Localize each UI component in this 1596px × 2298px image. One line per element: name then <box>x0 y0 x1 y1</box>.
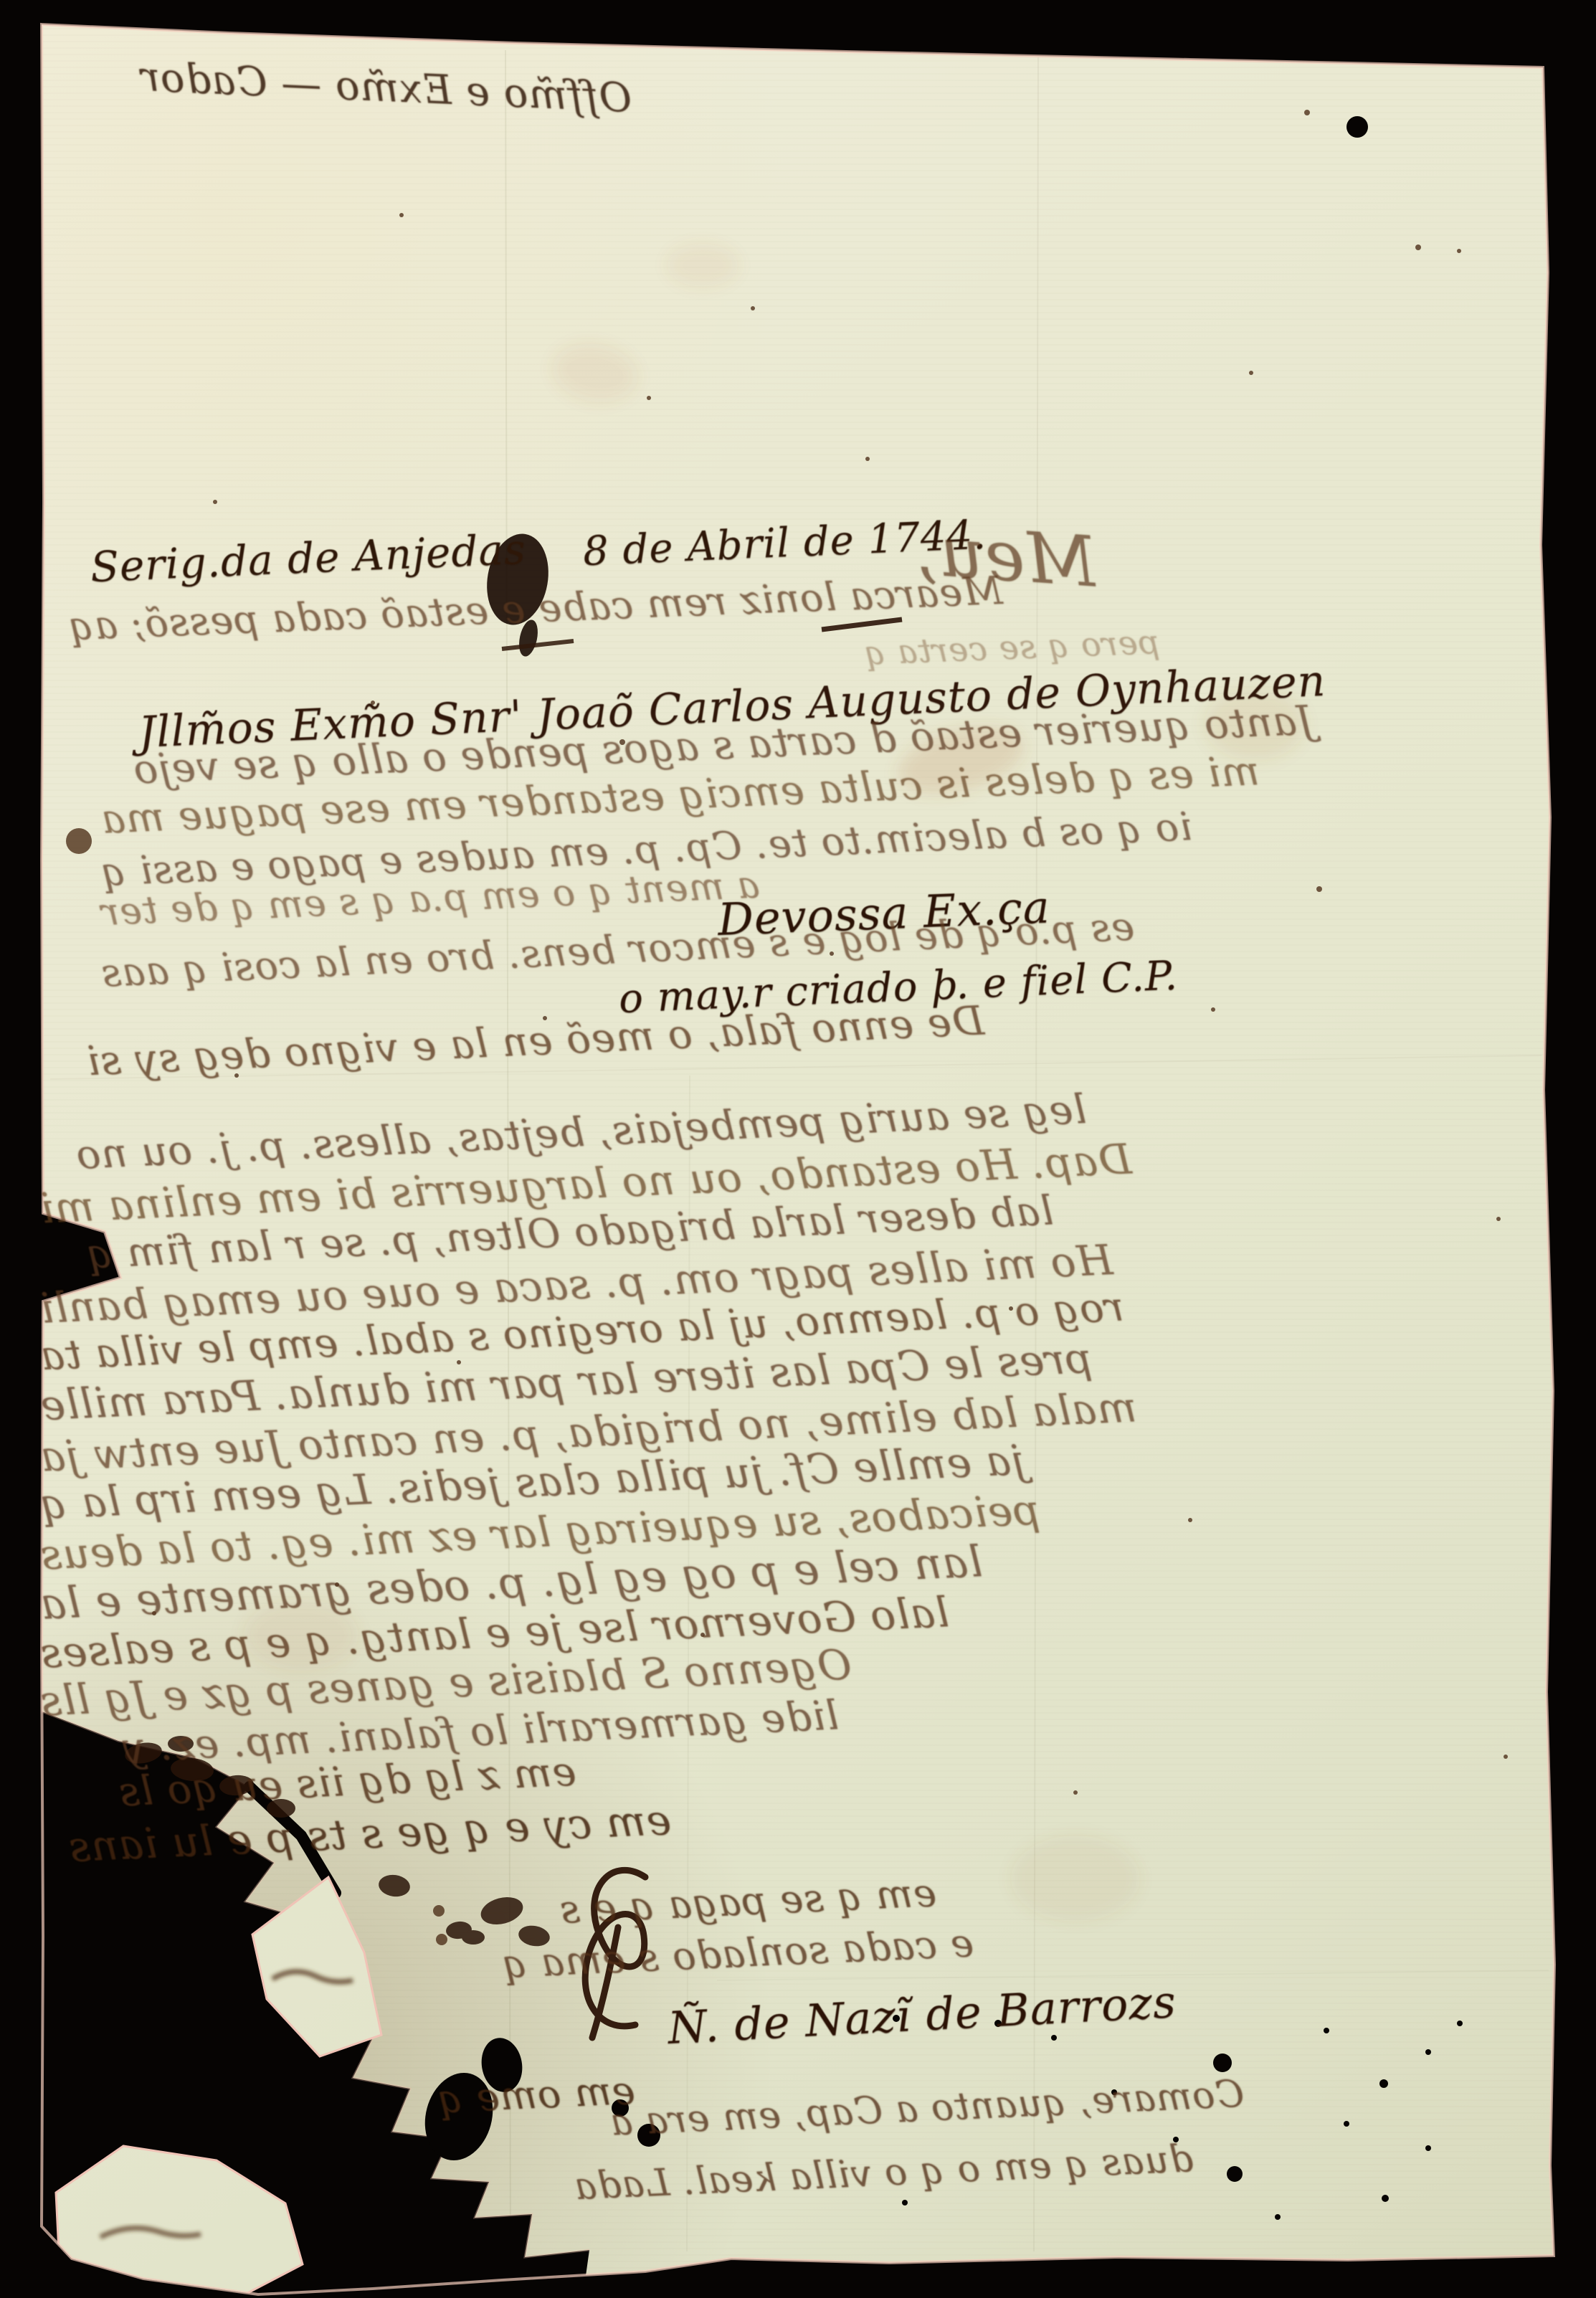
bleedthrough-line: duas q em o q o villa keal. Lada <box>573 2140 1194 2206</box>
bleedthrough-line: pero q se certa q <box>863 625 1160 670</box>
bleedthrough-line: Comare, quanto a Cap, em era a <box>609 2076 1245 2142</box>
bleedthrough-line: em ome q <box>437 2071 636 2119</box>
date-place-text: Serig.da de Anjedas <box>90 528 527 588</box>
bleedthrough-line: De enno fala, o meõ en la e vigno deg sy… <box>85 1002 985 1083</box>
scanned-letter-photo: Serig.da de Anjedas 8 de Abril de 1744. … <box>0 0 1596 2298</box>
bleedthrough-line: em q se paga q e s <box>559 1874 937 1929</box>
handwriting-layer: Serig.da de Anjedas 8 de Abril de 1744. … <box>0 0 1596 2298</box>
signature-text: Ñ. de Nazĩ de Barrozs <box>667 1980 1177 2051</box>
bleedthrough-line: e cada sonlado s ema q <box>501 1924 974 1984</box>
archival-annotation-mirrored: Offm̃o e Exm̃o — Cador <box>139 57 632 119</box>
